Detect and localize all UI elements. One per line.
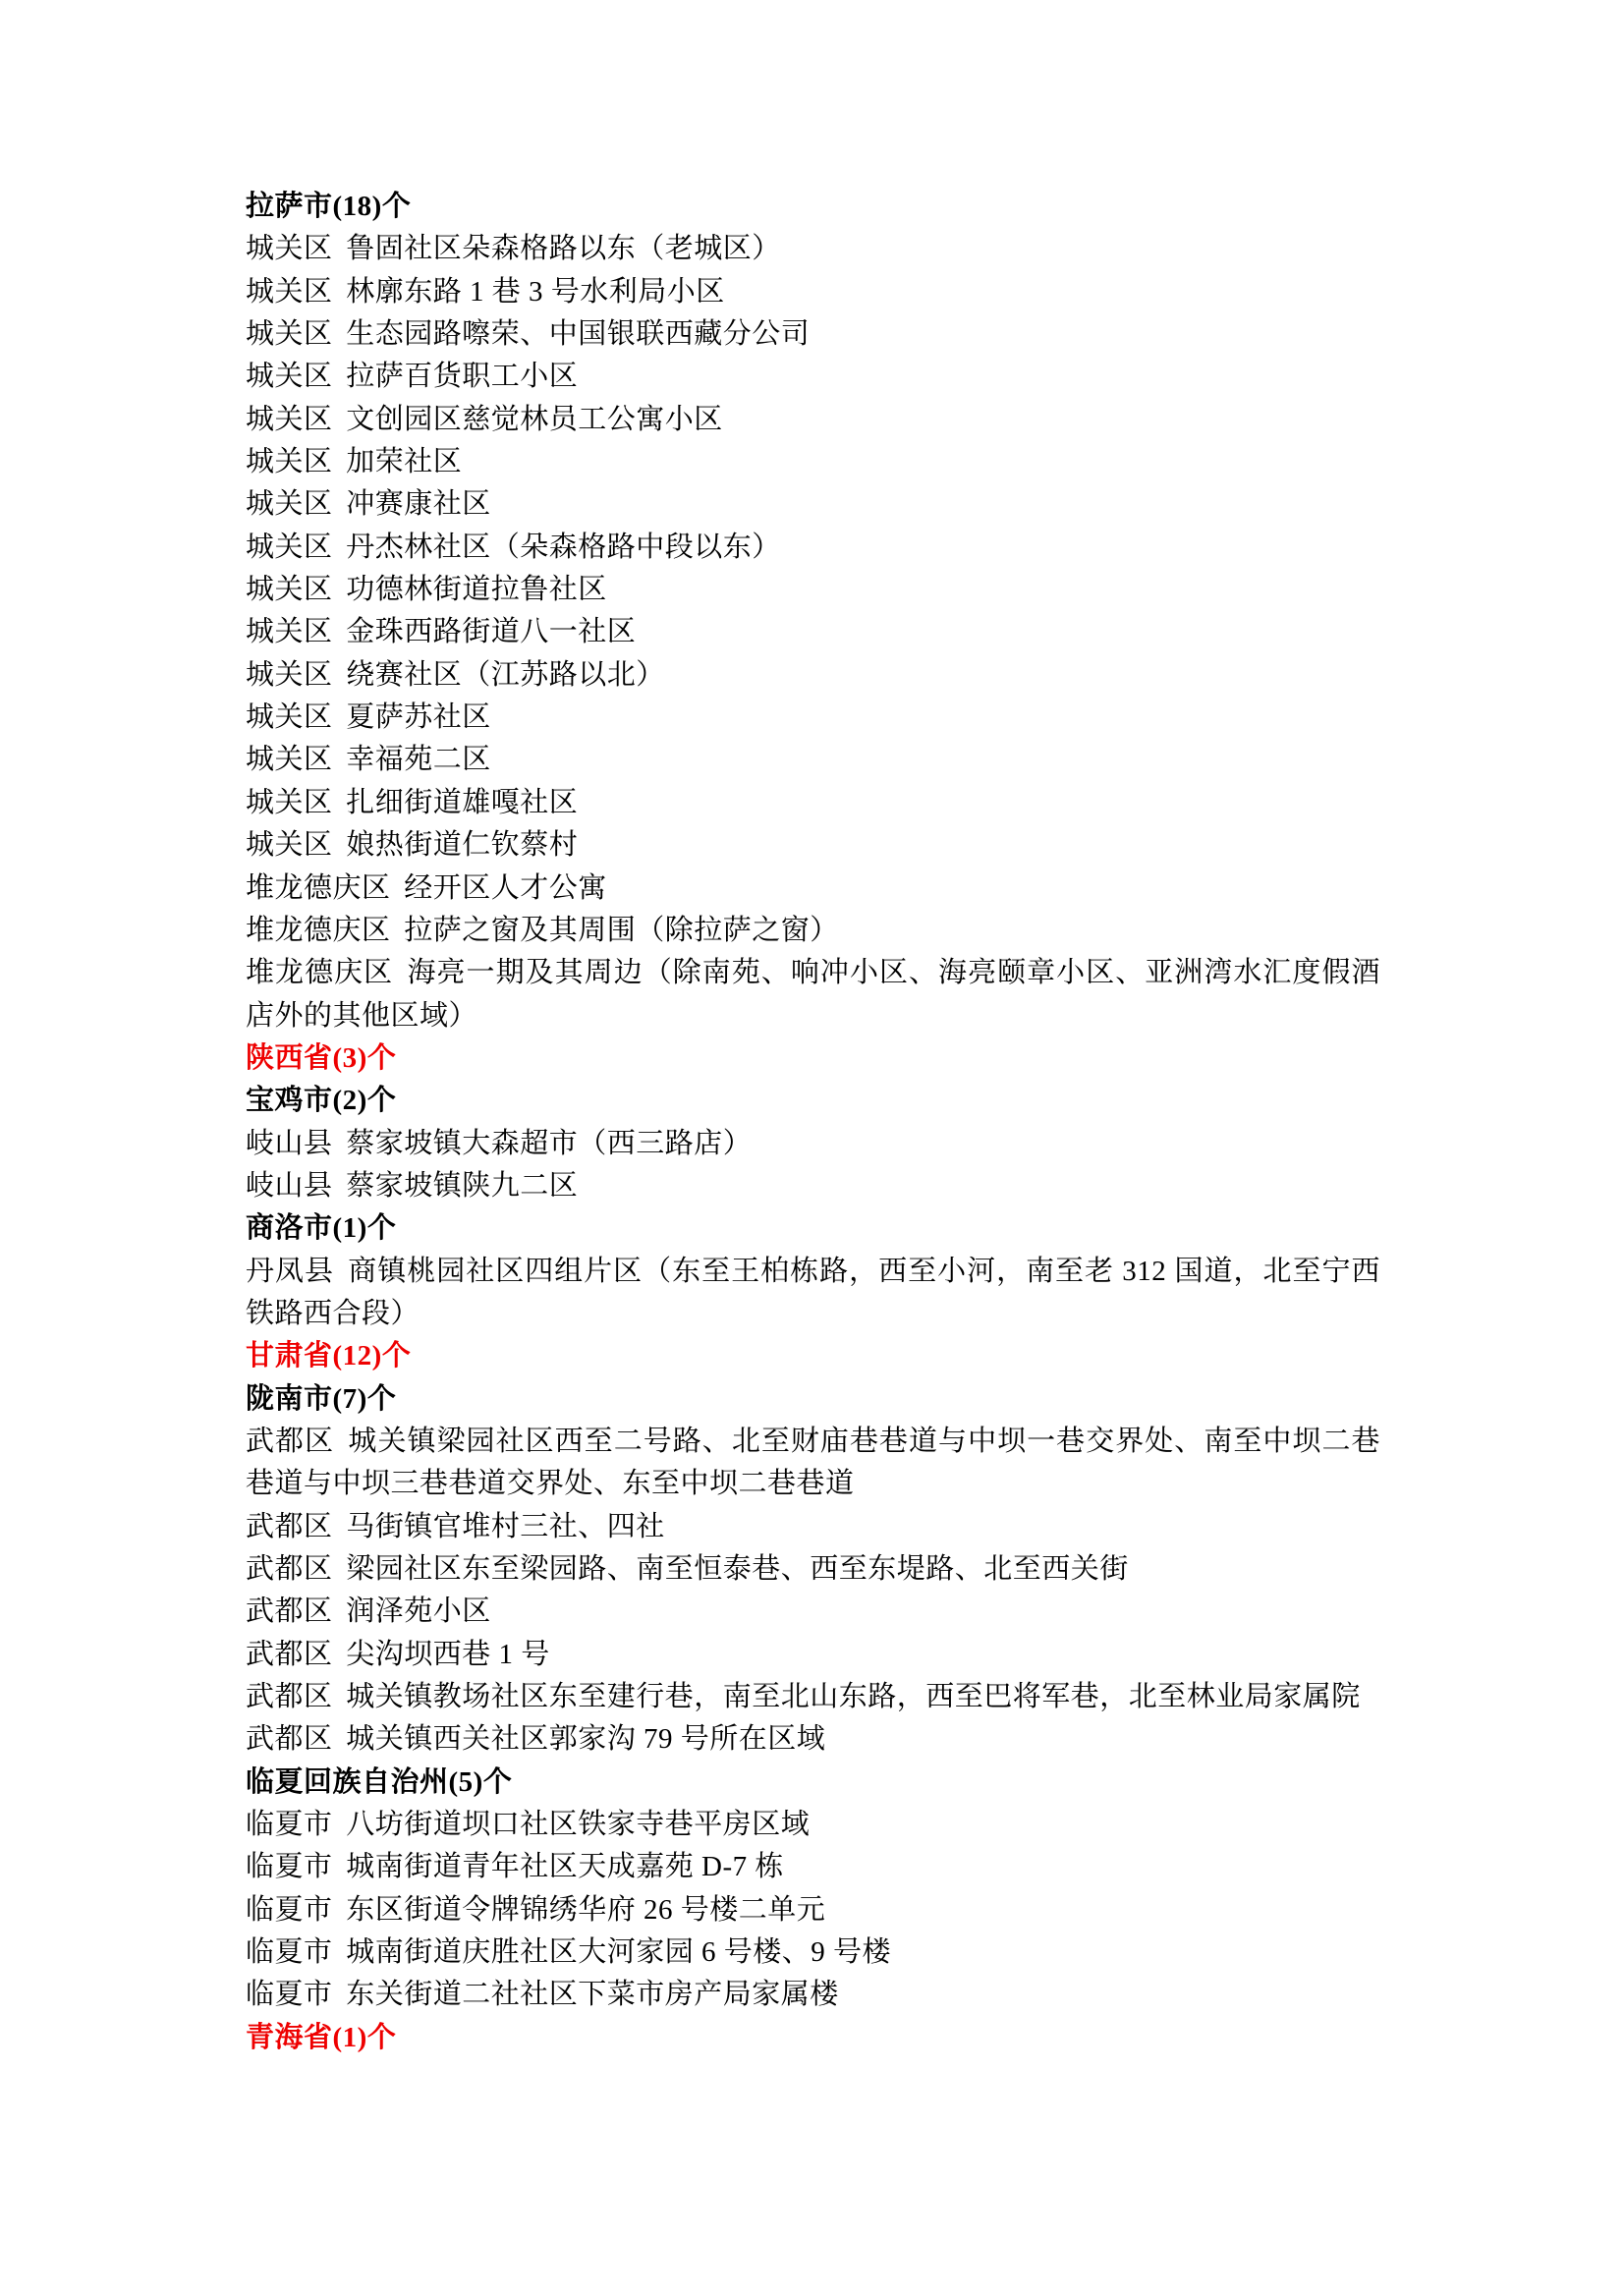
area-list-item: 城关区 夏萨苏社区 xyxy=(246,697,1380,739)
region-label: 丹凤县 xyxy=(246,1256,334,1287)
region-label: 城关区 xyxy=(246,276,333,308)
region-label: 城关区 xyxy=(246,318,333,350)
area-list-item: 武都区 尖沟坝西巷 1 号 xyxy=(246,1634,1380,1676)
area-list-item: 城关区 绕赛社区（江苏路以北） xyxy=(246,654,1380,697)
region-label: 城关区 xyxy=(246,701,333,733)
area-description: 东区街道令牌锦绣华府 26 号楼二单元 xyxy=(346,1894,825,1926)
area-list-item: 临夏市 东区街道令牌锦绣华府 26 号楼二单元 xyxy=(246,1889,1380,1931)
area-description: 冲赛康社区 xyxy=(346,488,491,520)
area-list-item: 武都区 城关镇西关社区郭家沟 79 号所在区域 xyxy=(246,1718,1380,1761)
area-list-item: 城关区 功德林街道拉鲁社区 xyxy=(246,569,1380,611)
area-list-item: 城关区 扎细街道雄嘎社区 xyxy=(246,782,1380,824)
area-list-item: 城关区 文创园区慈觉林员工公寓小区 xyxy=(246,399,1380,441)
region-label: 城关区 xyxy=(246,616,333,647)
area-list-item: 临夏市 八坊街道坝口社区铁家寺巷平房区域 xyxy=(246,1804,1380,1846)
province-header: 陕西省(3)个 xyxy=(246,1037,1380,1080)
area-list-item: 城关区 丹杰林社区（朵森格路中段以东） xyxy=(246,527,1380,569)
area-list-item: 堆龙德庆区 海亮一期及其周边（除南苑、响冲小区、海亮颐章小区、亚洲湾水汇度假酒店… xyxy=(246,952,1380,1037)
area-description: 城南街道庆胜社区大河家园 6 号楼、9 号楼 xyxy=(346,1936,891,1968)
region-label: 临夏市 xyxy=(246,1936,333,1968)
city-header: 宝鸡市(2)个 xyxy=(246,1080,1380,1122)
region-label: 武都区 xyxy=(246,1723,333,1755)
city-header: 拉萨市(18)个 xyxy=(246,186,1380,228)
region-label: 临夏市 xyxy=(246,1851,333,1882)
area-description: 城关镇梁园社区西至二号路、北至财庙巷巷道与中坝一巷交界处、南至中坝二巷巷道与中坝… xyxy=(246,1426,1380,1499)
area-description: 海亮一期及其周边（除南苑、响冲小区、海亮颐章小区、亚洲湾水汇度假酒店外的其他区域… xyxy=(246,957,1380,1031)
province-header: 甘肃省(12)个 xyxy=(246,1335,1380,1377)
region-label: 岐山县 xyxy=(246,1170,333,1202)
region-label: 临夏市 xyxy=(246,1809,333,1840)
area-description: 丹杰林社区（朵森格路中段以东） xyxy=(346,532,781,563)
area-list-item: 武都区 城关镇梁园社区西至二号路、北至财庙巷巷道与中坝一巷交界处、南至中坝二巷巷… xyxy=(246,1421,1380,1506)
area-description: 商镇桃园社区四组片区（东至王柏栋路，西至小河，南至老 312 国道，北至宁西铁路… xyxy=(246,1256,1380,1329)
area-description: 生态园路嚓荣、中国银联西藏分公司 xyxy=(346,318,810,350)
region-label: 城关区 xyxy=(246,361,333,392)
area-list-item: 堆龙德庆区 经开区人才公寓 xyxy=(246,868,1380,910)
area-list-item: 武都区 城关镇教场社区东至建行巷，南至北山东路，西至巴将军巷，北至林业局家属院 xyxy=(246,1676,1380,1718)
area-description: 经开区人才公寓 xyxy=(404,872,607,904)
area-list-item: 城关区 冲赛康社区 xyxy=(246,483,1380,526)
province-header: 青海省(1)个 xyxy=(246,2017,1380,2059)
region-label: 武都区 xyxy=(246,1553,333,1585)
area-list-item: 岐山县 蔡家坡镇大森超市（西三路店） xyxy=(246,1123,1380,1165)
region-label: 城关区 xyxy=(246,574,333,605)
area-description: 扎细街道雄嘎社区 xyxy=(346,787,578,818)
area-list-item: 城关区 金珠西路街道八一社区 xyxy=(246,611,1380,653)
region-label: 城关区 xyxy=(246,744,333,775)
area-list: 拉萨市(18)个城关区 鲁固社区朵森格路以东（老城区）城关区 林廓东路 1 巷 … xyxy=(246,186,1380,2059)
region-label: 临夏市 xyxy=(246,1979,333,2010)
region-label: 城关区 xyxy=(246,233,333,264)
area-description: 城关镇教场社区东至建行巷，南至北山东路，西至巴将军巷，北至林业局家属院 xyxy=(346,1681,1361,1712)
area-description: 八坊街道坝口社区铁家寺巷平房区域 xyxy=(346,1809,810,1840)
area-list-item: 武都区 润泽苑小区 xyxy=(246,1591,1380,1633)
area-list-item: 武都区 梁园社区东至梁园路、南至恒泰巷、西至东堤路、北至西关街 xyxy=(246,1548,1380,1591)
region-label: 武都区 xyxy=(246,1681,333,1712)
area-description: 金珠西路街道八一社区 xyxy=(346,616,636,647)
area-description: 东关街道二社社区下菜市房产局家属楼 xyxy=(346,1979,839,2010)
area-list-item: 临夏市 城南街道庆胜社区大河家园 6 号楼、9 号楼 xyxy=(246,1931,1380,1974)
region-label: 岐山县 xyxy=(246,1128,333,1159)
area-list-item: 城关区 加荣社区 xyxy=(246,441,1380,483)
area-description: 幸福苑二区 xyxy=(346,744,491,775)
area-description: 城南街道青年社区天成嘉苑 D-7 栋 xyxy=(346,1851,784,1882)
city-header: 临夏回族自治州(5)个 xyxy=(246,1762,1380,1804)
area-description: 夏萨苏社区 xyxy=(346,701,491,733)
area-list-item: 临夏市 城南街道青年社区天成嘉苑 D-7 栋 xyxy=(246,1846,1380,1888)
area-description: 功德林街道拉鲁社区 xyxy=(346,574,607,605)
area-description: 马街镇官堆村三社、四社 xyxy=(346,1511,665,1542)
area-list-item: 城关区 拉萨百货职工小区 xyxy=(246,356,1380,398)
area-list-item: 丹凤县 商镇桃园社区四组片区（东至王柏栋路，西至小河，南至老 312 国道，北至… xyxy=(246,1251,1380,1336)
area-description: 润泽苑小区 xyxy=(346,1595,491,1627)
area-description: 加荣社区 xyxy=(346,446,462,477)
area-description: 蔡家坡镇大森超市（西三路店） xyxy=(346,1128,752,1159)
region-label: 城关区 xyxy=(246,488,333,520)
area-list-item: 城关区 林廓东路 1 巷 3 号水利局小区 xyxy=(246,271,1380,313)
region-label: 临夏市 xyxy=(246,1894,333,1926)
area-description: 拉萨百货职工小区 xyxy=(346,361,578,392)
region-label: 城关区 xyxy=(246,446,333,477)
region-label: 武都区 xyxy=(246,1595,333,1627)
document-page: 拉萨市(18)个城关区 鲁固社区朵森格路以东（老城区）城关区 林廓东路 1 巷 … xyxy=(0,0,1624,2295)
area-list-item: 武都区 马街镇官堆村三社、四社 xyxy=(246,1506,1380,1548)
area-description: 鲁固社区朵森格路以东（老城区） xyxy=(346,233,781,264)
area-list-item: 岐山县 蔡家坡镇陕九二区 xyxy=(246,1165,1380,1207)
area-list-item: 临夏市 东关街道二社社区下菜市房产局家属楼 xyxy=(246,1974,1380,2016)
region-label: 武都区 xyxy=(246,1426,334,1457)
area-list-item: 城关区 幸福苑二区 xyxy=(246,739,1380,781)
area-list-item: 城关区 娘热街道仁钦蔡村 xyxy=(246,824,1380,867)
region-label: 武都区 xyxy=(246,1639,333,1670)
region-label: 城关区 xyxy=(246,532,333,563)
area-description: 拉萨之窗及其周围（除拉萨之窗） xyxy=(404,915,839,946)
region-label: 堆龙德庆区 xyxy=(246,872,391,904)
region-label: 城关区 xyxy=(246,659,333,691)
region-label: 城关区 xyxy=(246,829,333,861)
region-label: 城关区 xyxy=(246,787,333,818)
region-label: 堆龙德庆区 xyxy=(246,915,391,946)
area-description: 城关镇西关社区郭家沟 79 号所在区域 xyxy=(346,1723,825,1755)
region-label: 武都区 xyxy=(246,1511,333,1542)
area-description: 梁园社区东至梁园路、南至恒泰巷、西至东堤路、北至西关街 xyxy=(346,1553,1129,1585)
region-label: 堆龙德庆区 xyxy=(246,957,393,988)
area-description: 蔡家坡镇陕九二区 xyxy=(346,1170,578,1202)
area-description: 娘热街道仁钦蔡村 xyxy=(346,829,578,861)
region-label: 城关区 xyxy=(246,404,333,435)
city-header: 商洛市(1)个 xyxy=(246,1207,1380,1250)
area-list-item: 城关区 鲁固社区朵森格路以东（老城区） xyxy=(246,228,1380,270)
area-description: 文创园区慈觉林员工公寓小区 xyxy=(346,404,723,435)
area-list-item: 堆龙德庆区 拉萨之窗及其周围（除拉萨之窗） xyxy=(246,910,1380,952)
area-list-item: 城关区 生态园路嚓荣、中国银联西藏分公司 xyxy=(246,313,1380,356)
city-header: 陇南市(7)个 xyxy=(246,1378,1380,1421)
area-description: 绕赛社区（江苏路以北） xyxy=(346,659,665,691)
area-description: 尖沟坝西巷 1 号 xyxy=(346,1639,550,1670)
area-description: 林廓东路 1 巷 3 号水利局小区 xyxy=(346,276,725,308)
